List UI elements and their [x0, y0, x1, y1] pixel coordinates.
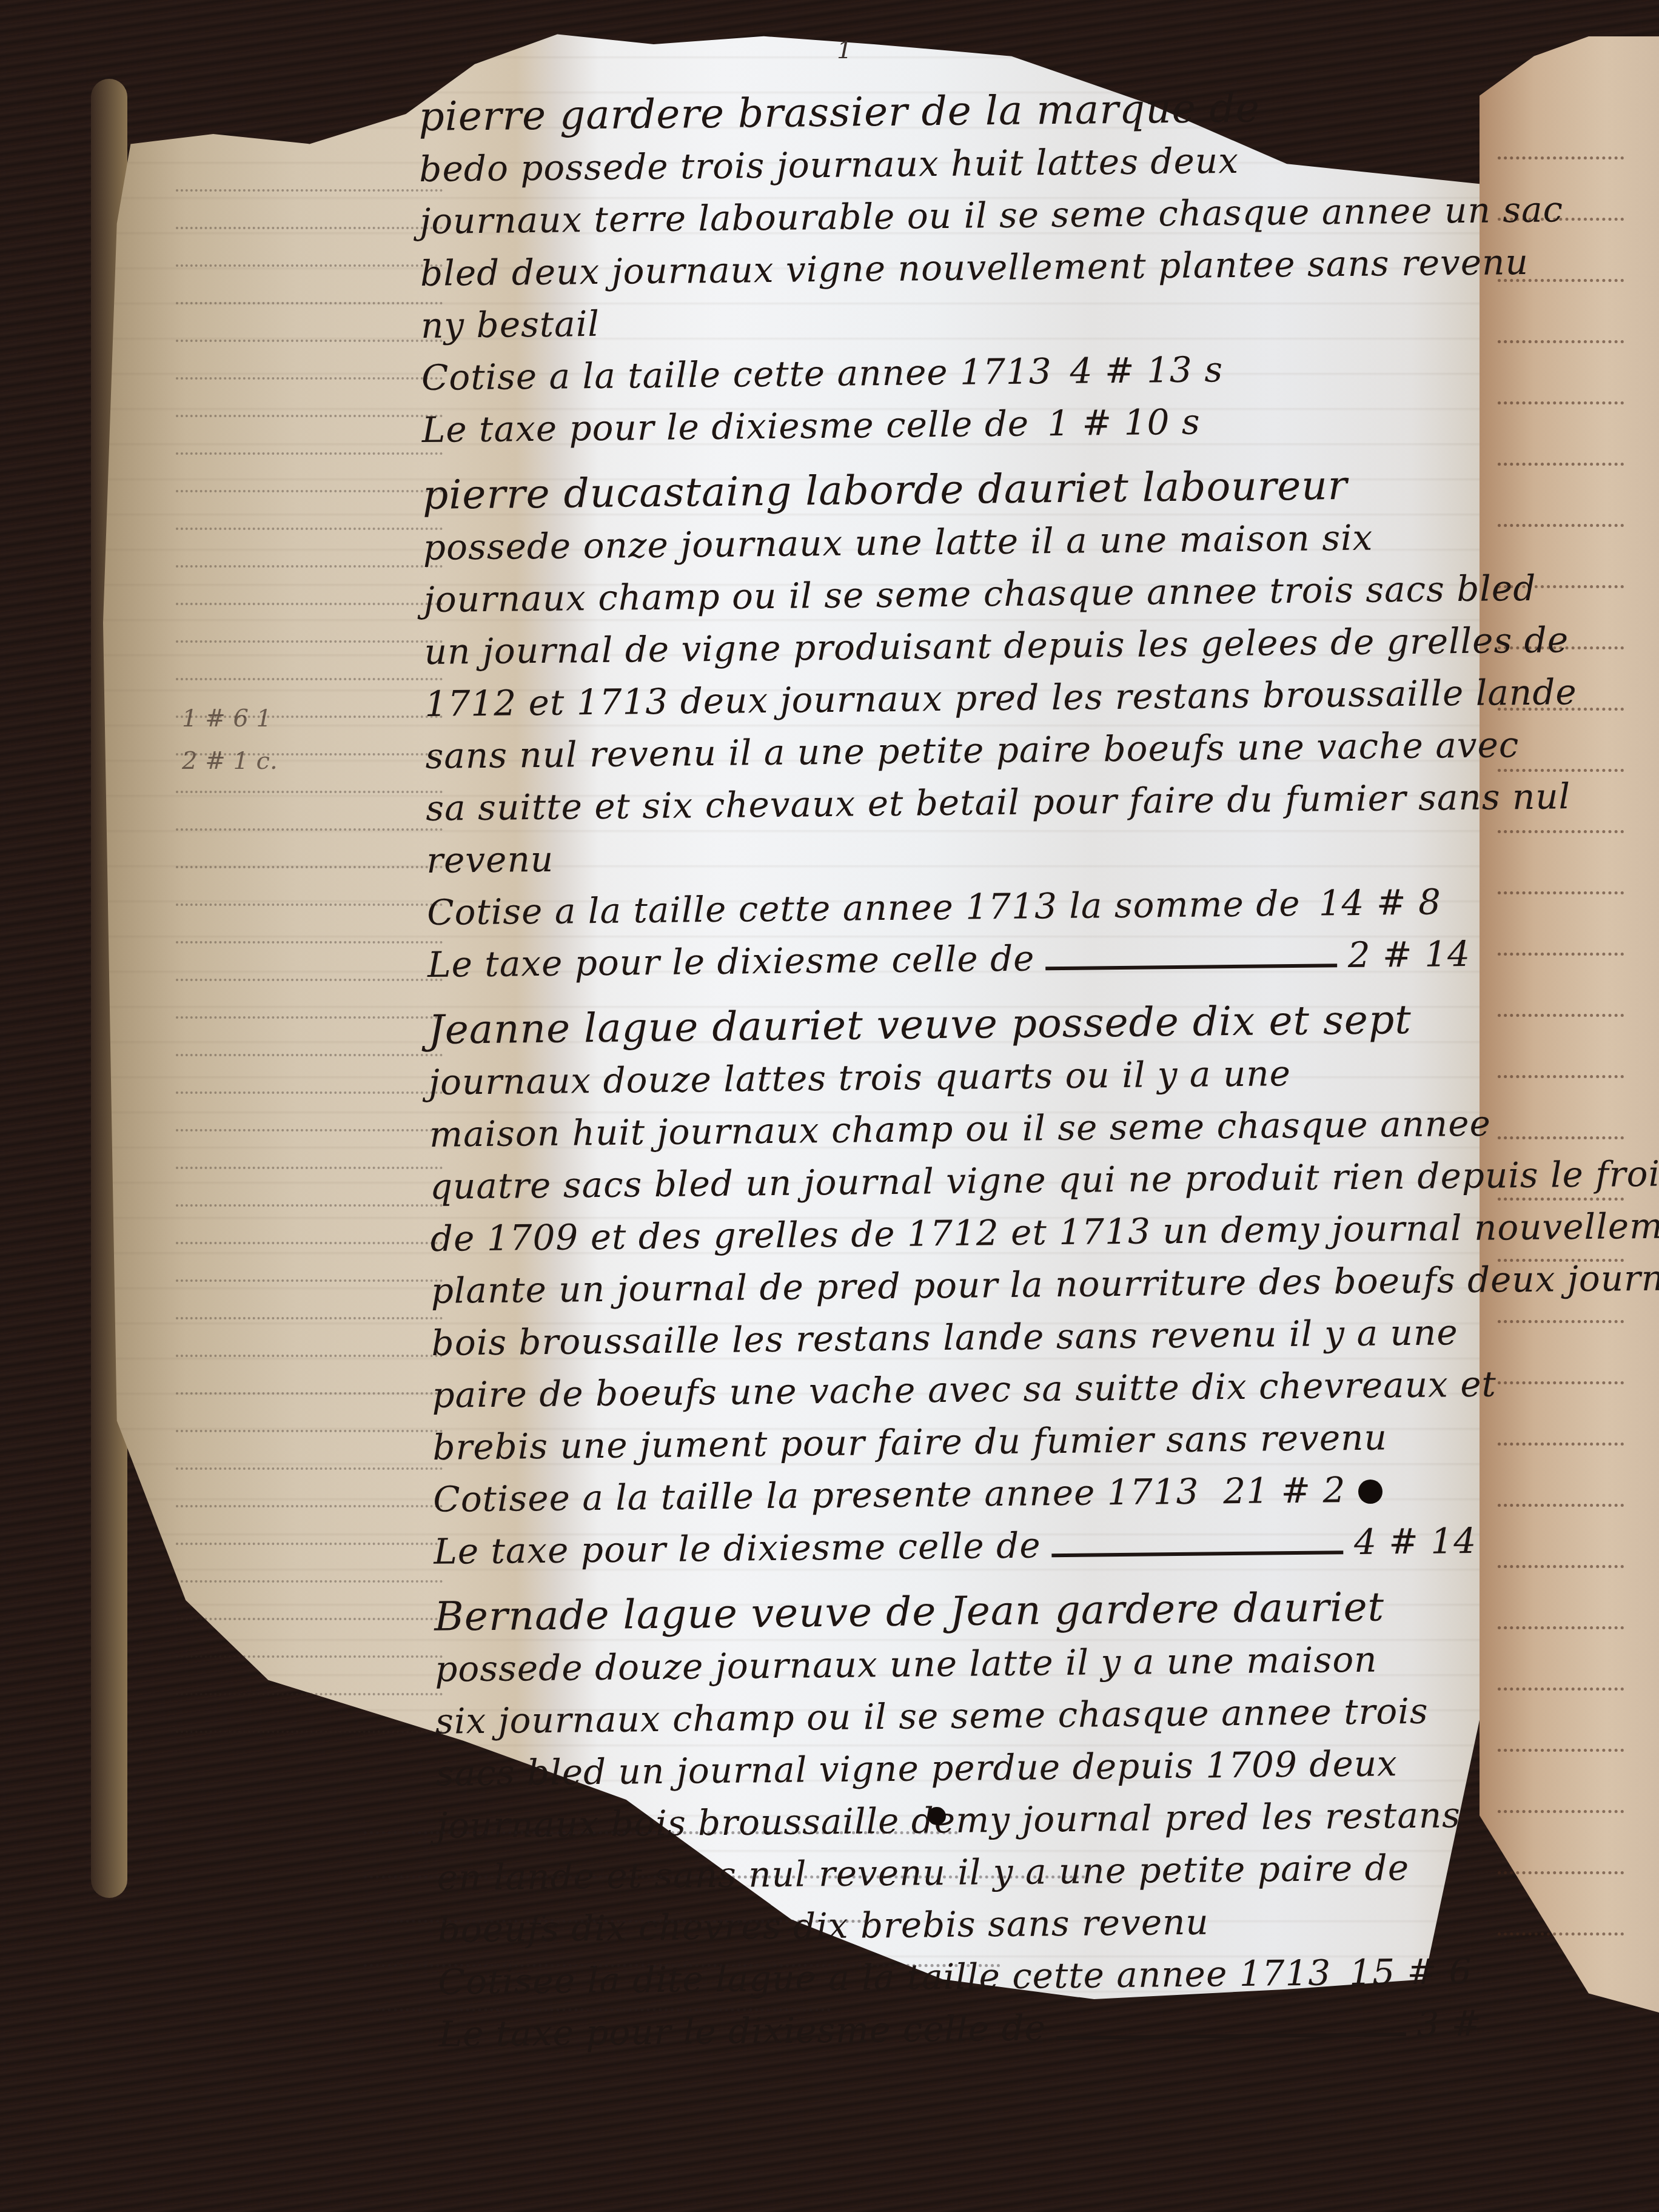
margin-notes: 1 # 6 1 2 # 1 c.	[182, 697, 437, 782]
tenth-amount: 2 # 14	[1347, 927, 1495, 981]
tax-line: Cotisee a la taille la presente annee 17…	[433, 1462, 1501, 1525]
entry-pierre-gardere: pierre gardere brassier de la marque de …	[418, 80, 1489, 456]
register-text: pierre gardere brassier de la marque de …	[418, 80, 1506, 2074]
margin-bleed-through	[176, 158, 443, 1737]
tenth-amount: 4 # 14	[1354, 1514, 1501, 1568]
entry-pierre-ducastaing: pierre ducastaing laborde dauriet labour…	[423, 458, 1495, 991]
margin-note: 1 # 6 1	[182, 697, 437, 740]
tax-amount: 14 # 8	[1300, 876, 1466, 930]
tenth-amount: 3 #	[1416, 1997, 1506, 2050]
folio-mark: 1	[837, 36, 852, 64]
entry-line: bled deux journaux vigne nouvellement pl…	[420, 236, 1488, 300]
ink-blot	[928, 1807, 946, 1825]
photo-scene: 1 # 6 1 2 # 1 c. 1 pierre gardere brassi…	[0, 0, 1659, 2212]
tax-amount: 15 # 6	[1331, 1945, 1496, 1999]
entry-jeanne-lague: Jeanne lague dauriet veuve possede dix e…	[428, 993, 1501, 1577]
tenth-line: Le taxe pour le dixiesme celle de4 # 14	[434, 1514, 1501, 1577]
tenth-line: Le taxe pour le dixiesme celle de2 # 14	[427, 927, 1495, 990]
tax-amount: 4 # 13 s	[1051, 343, 1247, 397]
entry-line: Jeanne lague dauriet veuve possede dix e…	[428, 993, 1496, 1056]
margin-note: 2 # 1 c.	[182, 740, 437, 782]
entry-line: sa suitte et six chevaux et betail pour …	[426, 771, 1493, 834]
tax-amount: 21 # 2	[1199, 1464, 1370, 1518]
lower-bleed-through	[364, 1795, 1213, 2016]
facing-page-text	[1498, 146, 1655, 1983]
tax-line: Cotise a la taille cette annee 1713 la s…	[427, 875, 1495, 938]
tenth-line: Le taxe pour le dixiesme celle de1 # 10 …	[421, 393, 1489, 456]
ink-blot	[1358, 1480, 1382, 1504]
tenth-amount: 1 # 10 s	[1029, 395, 1225, 449]
